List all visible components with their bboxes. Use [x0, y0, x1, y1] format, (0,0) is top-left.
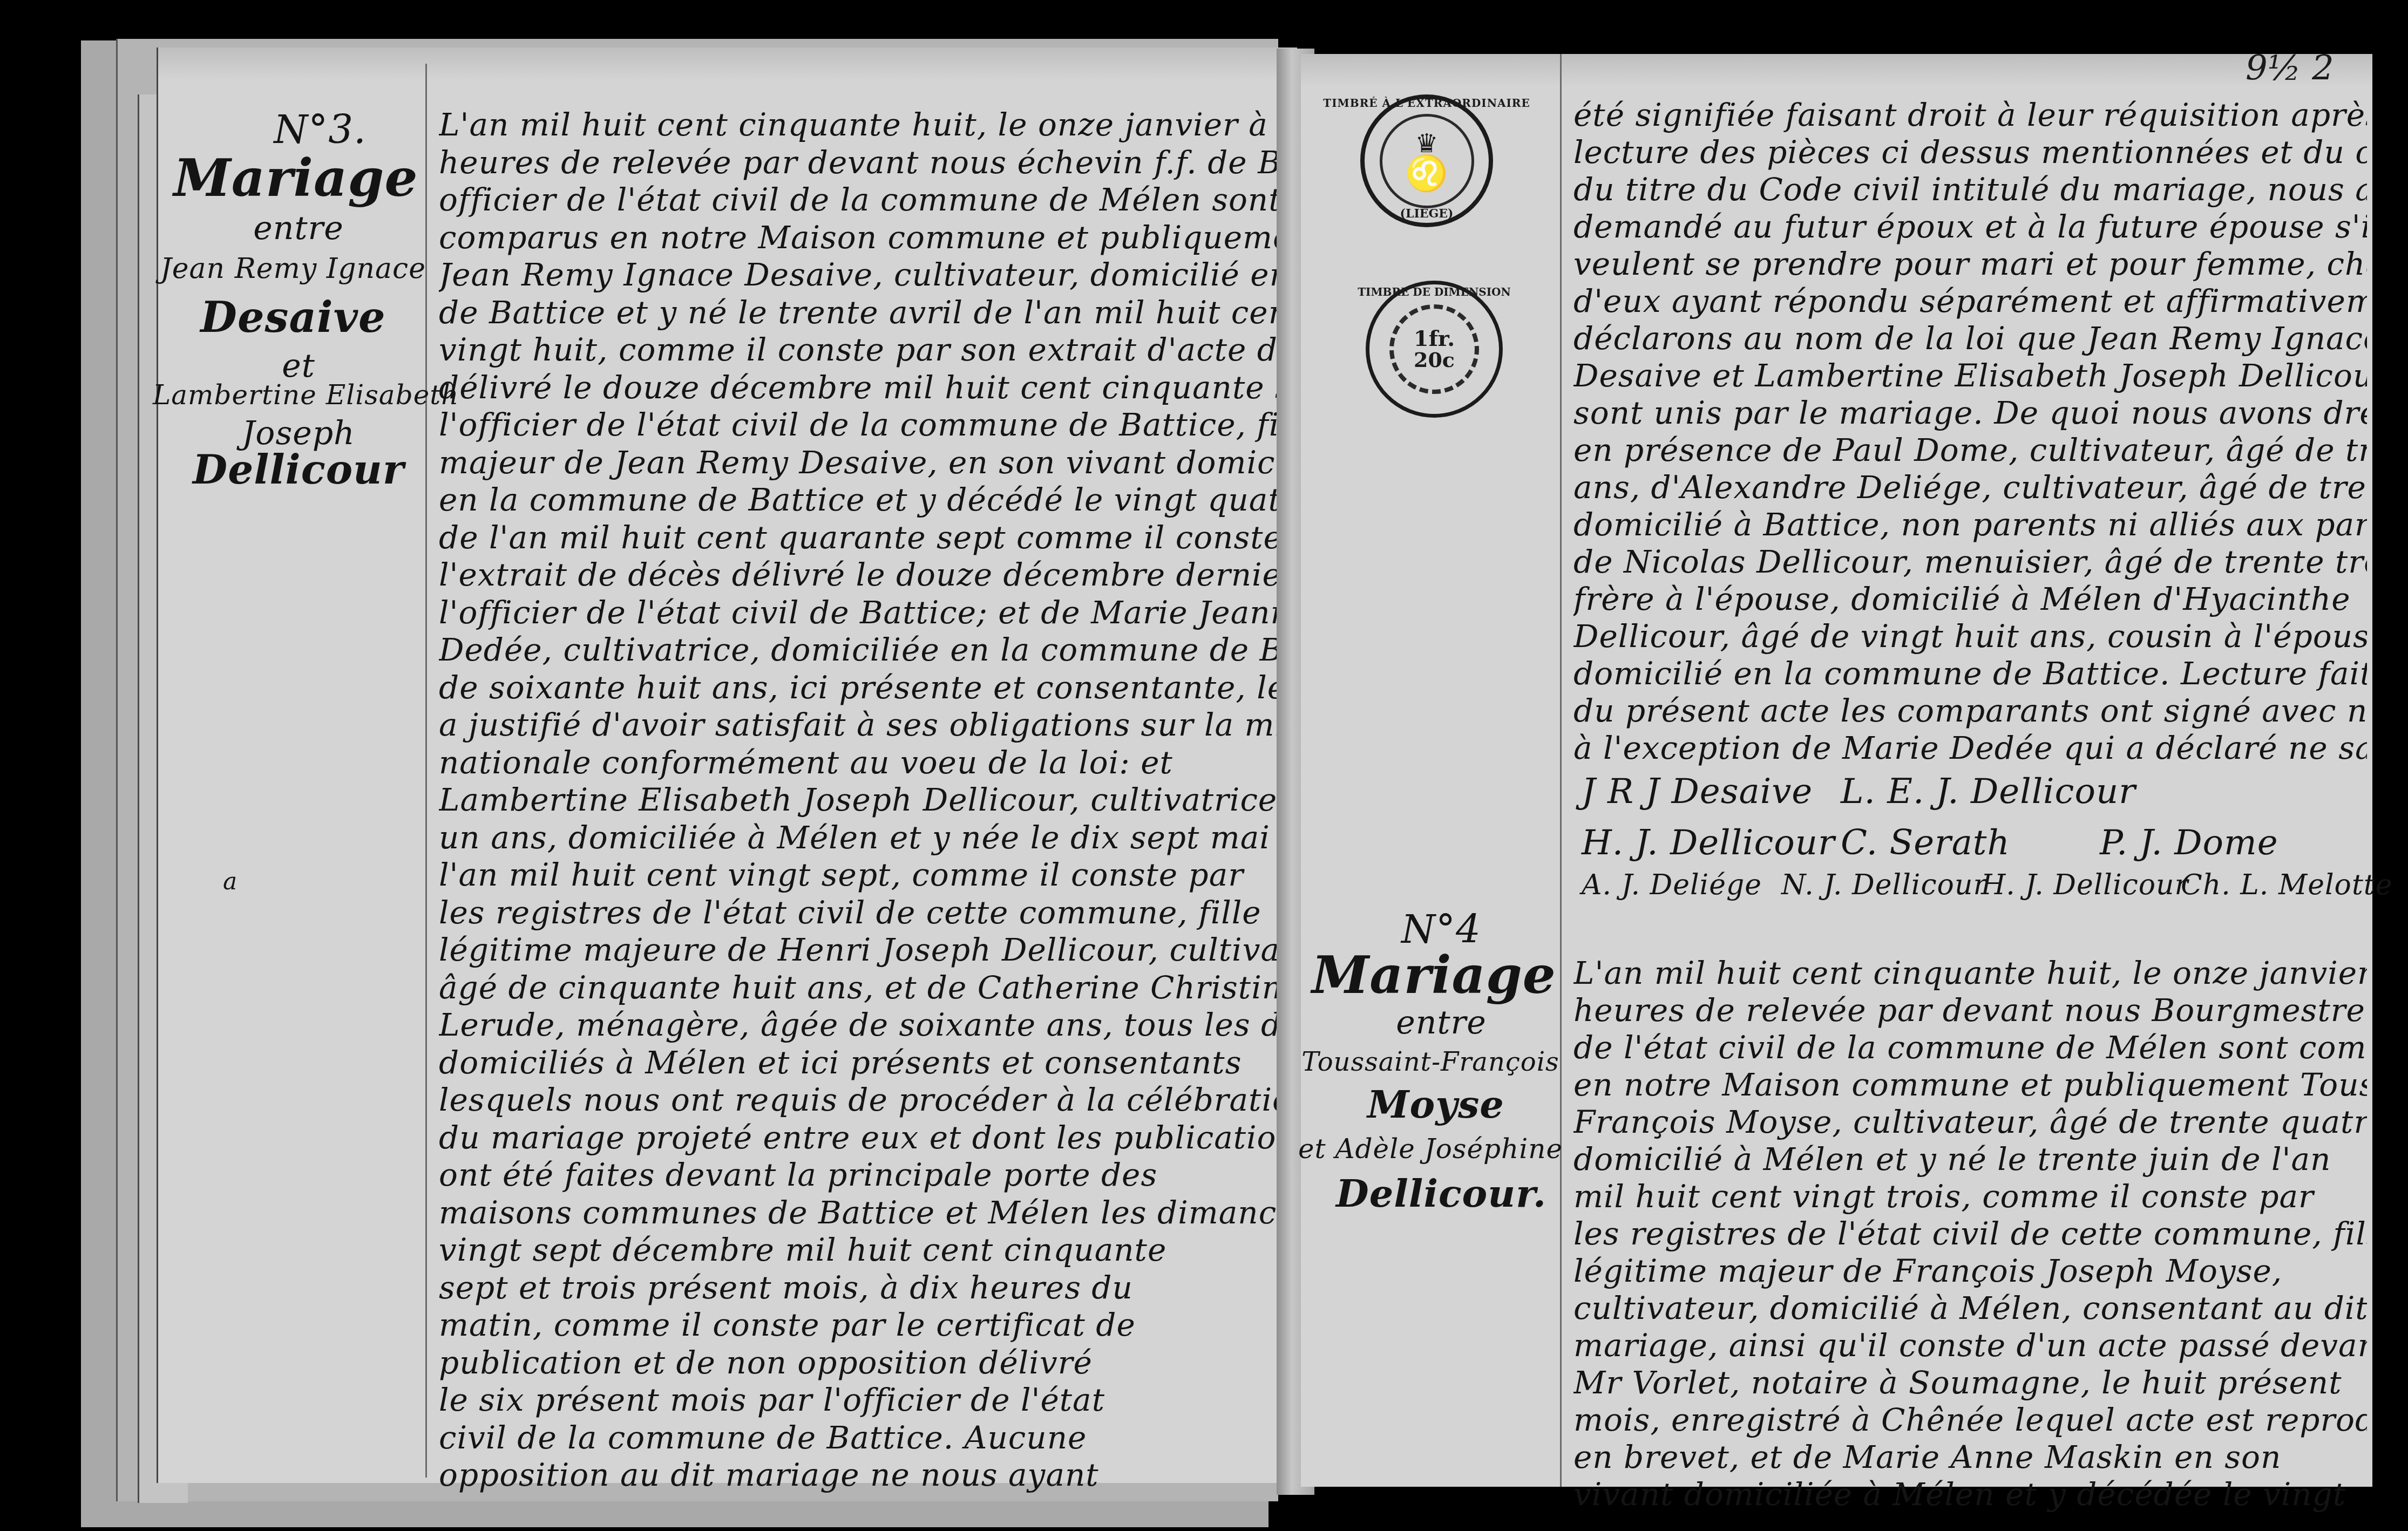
groom-surname: Moyse	[1322, 1082, 1549, 1127]
text-line: veulent se prendre pour mari et pour fem…	[1573, 246, 2367, 282]
text-line: un ans, domiciliée à Mélen et y née le d…	[439, 820, 1281, 855]
groom-given-names: Toussaint-François	[1295, 1047, 1565, 1077]
text-line: nationale conformément au voeu de la loi…	[439, 745, 1281, 780]
text-line: domiciliés à Mélen et ici présents et co…	[439, 1045, 1281, 1080]
text-line: François Moyse, cultivateur, âgé de tren…	[1573, 1104, 2367, 1140]
stamp-ring-text: TIMBRE DE DIMENSION	[1358, 285, 1511, 298]
bride-surname: Dellicour	[191, 447, 406, 493]
text-line: été signifiée faisant droit à leur réqui…	[1573, 97, 2367, 133]
text-line: du titre du Code civil intitulé du maria…	[1573, 172, 2367, 207]
entry-between: entre	[196, 209, 401, 247]
text-line: de Battice et y né le trente avril de l'…	[439, 295, 1281, 330]
text-line: domicilié à Battice, non parents ni alli…	[1573, 507, 2367, 542]
text-line: domicilié à Mélen et y né le trente juin…	[1573, 1141, 2367, 1177]
text-line: demandé au futur époux et à la future ép…	[1573, 209, 2367, 244]
laurel-wreath: 1fr. 20c	[1389, 304, 1479, 394]
left-page: N°3. Mariage entre Jean Remy Ignace Desa…	[157, 47, 1297, 1483]
text-line: frère à l'épouse, domicilié à Mélen d'Hy…	[1573, 581, 2367, 617]
text-line: en notre Maison commune et publiquement …	[1573, 1067, 2367, 1103]
text-line: L'an mil huit cent cinquante huit, le on…	[439, 107, 1281, 142]
text-line: en la commune de Battice et y décédé le …	[439, 482, 1281, 518]
text-line: publication et de non opposition délivré	[439, 1345, 1281, 1380]
text-line: déclarons au nom de la loi que Jean Remy…	[1573, 321, 2367, 356]
text-line: officier de l'état civil de la commune d…	[439, 182, 1281, 217]
text-line: Dedée, cultivatrice, domiciliée en la co…	[439, 632, 1281, 668]
extraordinary-stamp: ♛ ♌ TIMBRÉ À L'EXTRAORDINAIRE (LIÉGE)	[1360, 94, 1493, 227]
text-line: opposition au dit mariage ne nous ayant	[439, 1457, 1281, 1493]
text-line: les registres de l'état civil de cette c…	[439, 895, 1281, 930]
text-line: à l'exception de Marie Dedée qui a décla…	[1573, 730, 2367, 766]
text-line: en brevet, et de Marie Anne Maskin en so…	[1573, 1439, 2367, 1475]
text-line: majeur de Jean Remy Desaive, en son viva…	[439, 445, 1281, 480]
text-line: Jean Remy Ignace Desaive, cultivateur, d…	[439, 257, 1281, 292]
text-line: Dellicour, âgé de vingt huit ans, cousin…	[1573, 618, 2367, 654]
text-line: a justifié d'avoir satisfait à ses oblig…	[439, 707, 1281, 743]
text-line: Mr Vorlet, notaire à Soumagne, le huit p…	[1573, 1365, 2367, 1400]
signature: P. J. Dome	[2100, 823, 2278, 863]
right-page: 9½ 2 ♛ ♌ TIMBRÉ À L'EXTRAORDINAIRE (LIÉG…	[1301, 54, 2372, 1487]
entry-between: entre	[1333, 1004, 1549, 1042]
text-line: comparus en notre Maison commune et publ…	[439, 220, 1281, 255]
stamp-value-centimes: 20c	[1414, 350, 1455, 370]
text-line: le six présent mois par l'officier de l'…	[439, 1382, 1281, 1418]
text-line: cultivateur, domicilié à Mélen, consenta…	[1573, 1290, 2367, 1326]
text-line: heures de relevée par devant nous Bourgm…	[1573, 992, 2367, 1028]
text-line: vingt sept décembre mil huit cent cinqua…	[439, 1232, 1281, 1268]
text-line: ont été faites devant la principale port…	[439, 1157, 1281, 1193]
text-line: lesquels nous ont requis de procéder à l…	[439, 1082, 1281, 1118]
text-line: de l'an mil huit cent quarante sept comm…	[439, 520, 1281, 555]
crown-icon: ♛	[1415, 131, 1438, 156]
text-line: l'an mil huit cent vingt sept, comme il …	[439, 857, 1281, 893]
text-line: mois, enregistré à Chênée lequel acte es…	[1573, 1402, 2367, 1438]
text-line: maisons communes de Battice et Mélen les…	[439, 1195, 1281, 1230]
signature: L. E. J. Dellicour	[1841, 772, 2136, 812]
text-line: domicilié en la commune de Battice. Lect…	[1573, 656, 2367, 691]
text-line: d'eux ayant répondu séparément et affirm…	[1573, 283, 2367, 319]
stamp-bottom-text: (LIÉGE)	[1400, 207, 1454, 221]
signature: A. J. Deliége	[1582, 869, 1762, 901]
dimension-stamp: 1fr. 20c TIMBRE DE DIMENSION	[1366, 281, 1503, 418]
text-line: vingt huit, comme il conste par son extr…	[439, 332, 1281, 368]
bride-surname: Dellicour.	[1333, 1171, 1549, 1216]
text-line: de soixante huit ans, ici présente et co…	[439, 670, 1281, 705]
text-line: âgé de cinquante huit ans, et de Catheri…	[439, 970, 1281, 1005]
text-line: du présent acte les comparants ont signé…	[1573, 693, 2367, 729]
text-line: de l'état civil de la commune de Mélen s…	[1573, 1030, 2367, 1065]
text-line: L'an mil huit cent cinquante huit, le on…	[1573, 955, 2367, 991]
entry-number: N°3.	[218, 107, 423, 152]
text-line: vivant domiciliée à Mélen et y décédée l…	[1573, 1476, 2367, 1512]
text-line: sont unis par le mariage. De quoi nous a…	[1573, 395, 2367, 431]
signature: H. J. Dellicour	[1981, 869, 2188, 901]
stamp-inner-ring: ♛ ♌	[1380, 114, 1474, 208]
text-line: lecture des pièces ci dessus mentionnées…	[1573, 134, 2367, 170]
text-line: en présence de Paul Dome, cultivateur, â…	[1573, 432, 2367, 468]
lion-emblem-icon: ♌	[1405, 156, 1448, 191]
signature: C. Serath	[1841, 823, 2010, 863]
signature: H. J. Dellicour	[1582, 823, 1835, 863]
stamp-value-francs: 1fr.	[1414, 328, 1455, 350]
entry-title: Mariage	[169, 147, 423, 208]
text-line: légitime majeur de François Joseph Moyse…	[1573, 1253, 2367, 1289]
text-line: mariage, ainsi qu'il conste d'un acte pa…	[1573, 1328, 2367, 1363]
groom-surname: Desaive	[180, 293, 406, 342]
bride-given-names: Lambertine Elisabeth	[153, 379, 433, 411]
text-line: civil de la commune de Battice. Aucune	[439, 1420, 1281, 1455]
text-line: du mariage projeté entre eux et dont les…	[439, 1120, 1281, 1155]
folio-number: 9½ 2	[2246, 49, 2334, 89]
stamp-ring-text: TIMBRÉ À L'EXTRAORDINAIRE	[1323, 97, 1530, 110]
text-line: heures de relevée par devant nous échevi…	[439, 145, 1281, 180]
text-line: de Nicolas Dellicour, menuisier, âgé de …	[1573, 544, 2367, 580]
text-line: Lerude, ménagère, âgée de soixante ans, …	[439, 1007, 1281, 1043]
text-line: légitime majeure de Henri Joseph Dellico…	[439, 932, 1281, 968]
signature: J R J Desaive	[1582, 772, 1813, 812]
text-line: matin, comme il conste par le certificat…	[439, 1307, 1281, 1343]
groom-given-names: Jean Remy Ignace	[158, 253, 428, 285]
text-line: sept et trois présent mois, à dix heures…	[439, 1270, 1281, 1305]
text-line: ans, d'Alexandre Deliége, cultivateur, â…	[1573, 469, 2367, 505]
signature: N. J. Dellicour	[1781, 869, 1987, 901]
margin-rule	[1560, 54, 1562, 1487]
bride-given-names: et Adèle Joséphine	[1295, 1133, 1565, 1165]
entry-title: Mariage	[1312, 944, 1555, 1005]
text-line: l'extrait de décès délivré le douze déce…	[439, 557, 1281, 593]
text-line: mil huit cent vingt trois, comme il cons…	[1573, 1179, 2367, 1214]
text-line: les registres de l'état civil de cette c…	[1573, 1216, 2367, 1251]
signature: Ch. L. Melotte	[2181, 869, 2392, 901]
text-line: l'officier de l'état civil de Battice; e…	[439, 595, 1281, 630]
text-line: Lambertine Elisabeth Joseph Dellicour, c…	[439, 782, 1281, 818]
text-line: Desaive et Lambertine Elisabeth Joseph D…	[1573, 358, 2367, 393]
text-line: l'officier de l'état civil de la commune…	[439, 407, 1281, 443]
text-line: délivré le douze décembre mil huit cent …	[439, 370, 1281, 405]
stray-mark: a	[223, 868, 238, 895]
